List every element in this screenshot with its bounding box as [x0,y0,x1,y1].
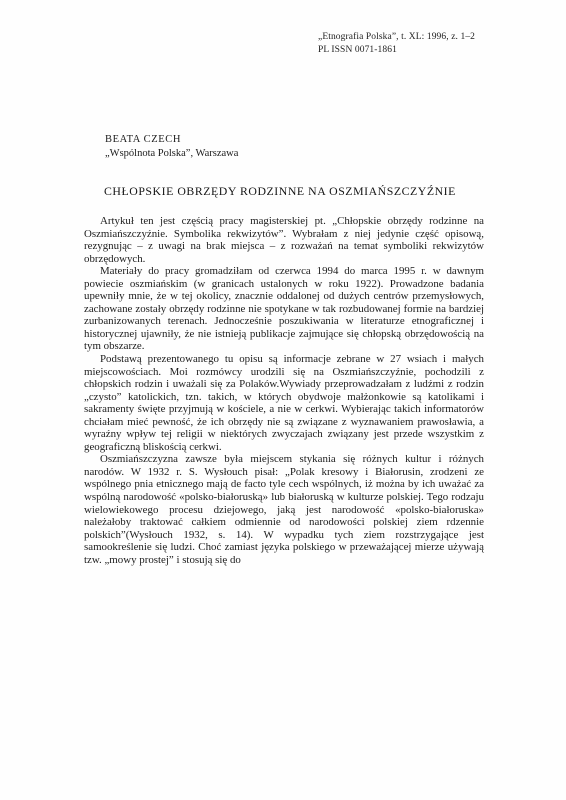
paragraph: Materiały do pracy gromadziłam od czerwc… [84,265,484,353]
article-body: Artykuł ten jest częścią pracy magisters… [84,215,484,566]
paragraph: Oszmiańszczyzna zawsze była miejscem sty… [84,453,484,566]
article-title: CHŁOPSKIE OBRZĘDY RODZINNE NA OSZMIAŃSZC… [104,184,456,199]
author-affiliation: „Wspólnota Polska”, Warszawa [105,147,238,161]
paragraph: Artykuł ten jest częścią pracy magisters… [84,215,484,265]
author-name: BEATA CZECH [105,133,238,147]
scanned-article-page: „Etnografia Polska”, t. XL: 1996, z. 1–2… [0,0,566,800]
journal-header: „Etnografia Polska”, t. XL: 1996, z. 1–2… [318,31,475,57]
author-block: BEATA CZECH „Wspólnota Polska”, Warszawa [105,133,238,160]
journal-citation-line: „Etnografia Polska”, t. XL: 1996, z. 1–2 [318,31,475,44]
paragraph: Podstawą prezentowanego tu opisu są info… [84,353,484,453]
issn-line: PL ISSN 0071-1861 [318,44,475,57]
